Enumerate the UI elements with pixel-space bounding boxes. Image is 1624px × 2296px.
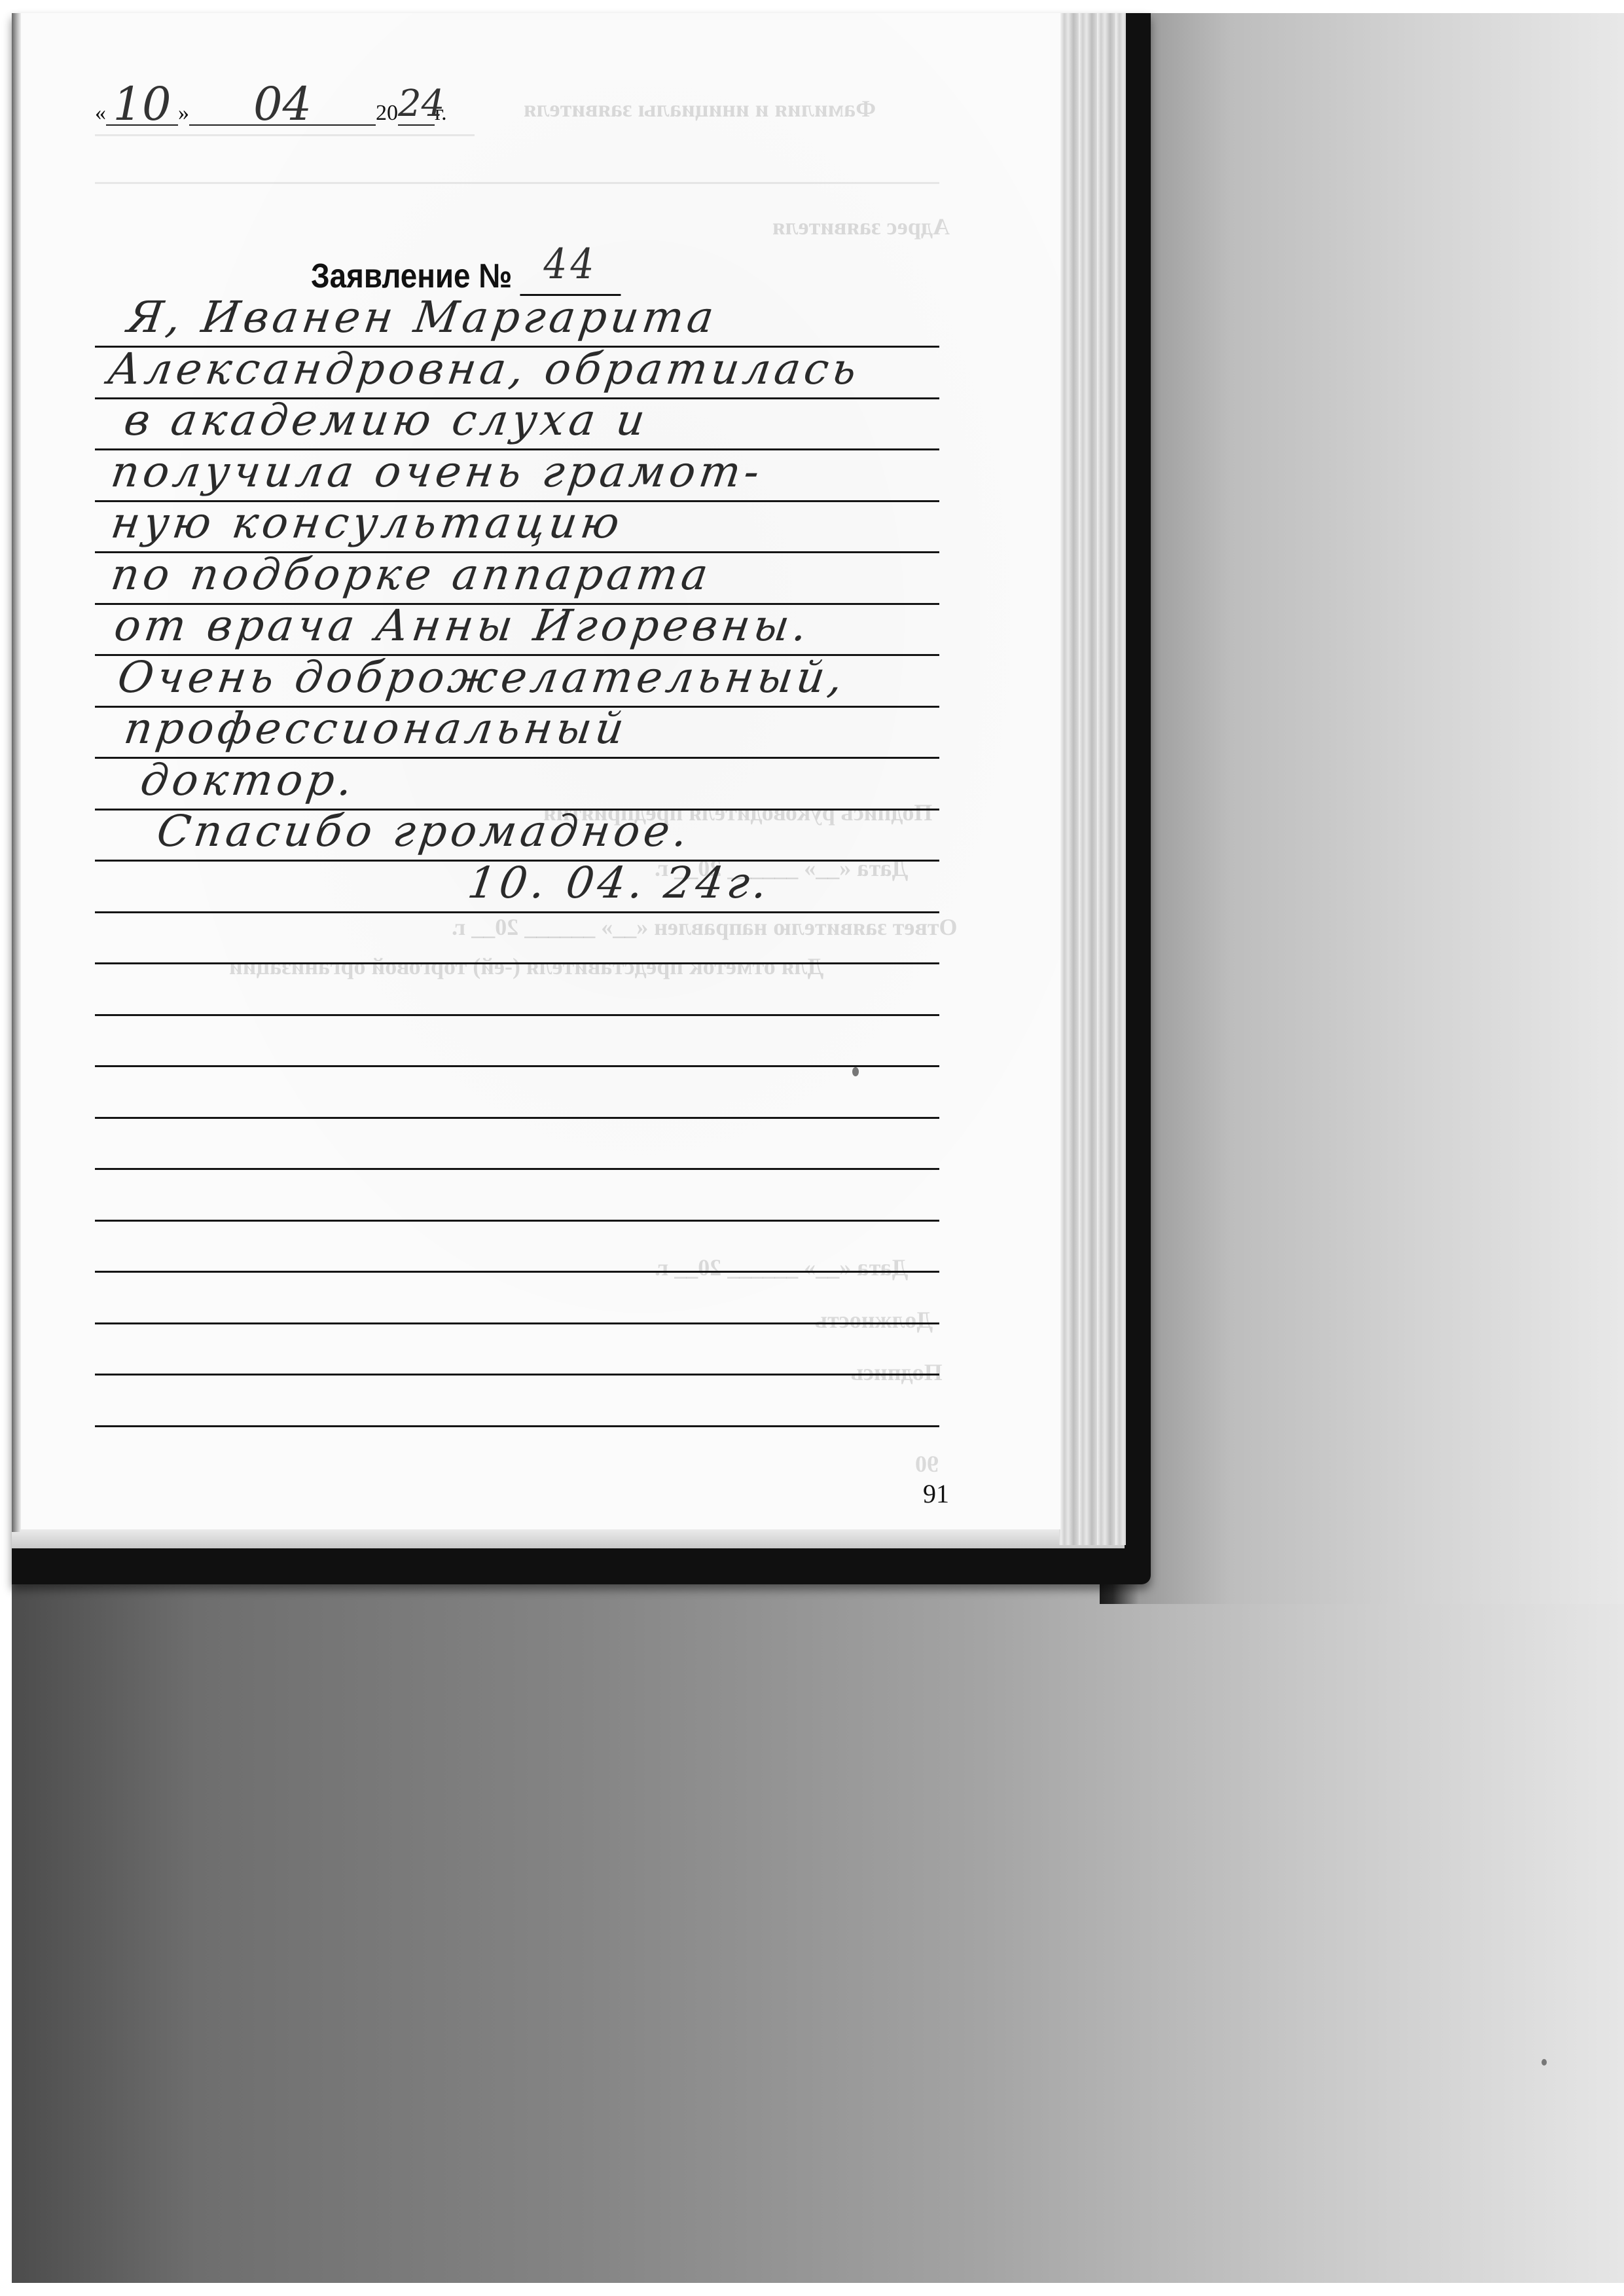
ruled-line	[95, 962, 939, 964]
title-label: Заявление №	[311, 257, 512, 296]
ruled-line	[95, 1014, 939, 1016]
handwritten-line: Александровна, обратилась	[105, 344, 863, 394]
date-year-prefix: 20	[376, 101, 398, 126]
page-number: 91	[923, 1478, 949, 1509]
handwritten-line: от врача Анны Игоревны.	[111, 600, 814, 651]
date-month-field: 04	[189, 79, 376, 126]
scanner-margin-bottom	[0, 2283, 1624, 2296]
date-day-field: 10	[106, 79, 178, 126]
title-number-handwritten: 44	[543, 240, 597, 289]
handwritten-line: ную консультацию	[108, 498, 626, 548]
date-day-handwritten: 10	[113, 77, 171, 131]
ruled-line	[95, 1220, 939, 1222]
page-bottom-edge	[12, 1529, 1125, 1548]
bleed-through-line	[95, 134, 475, 136]
page-title: Заявление № 44	[311, 246, 621, 296]
bleed-through-text: Фамилия и инициалы заявителя	[524, 95, 876, 122]
page-edges-stack	[1059, 13, 1126, 1545]
handwritten-line: по подборке аппарата	[108, 549, 715, 600]
scanner-margin-left	[0, 0, 12, 2296]
bleed-through-text: Ответ заявителю направлен «__» ______ 20…	[452, 913, 958, 941]
handwritten-line: доктор.	[137, 755, 359, 805]
handwritten-line: 10. 04. 24г.	[465, 858, 774, 908]
handwritten-line: получила очень грамот-	[108, 446, 767, 497]
ruled-line	[95, 911, 939, 913]
date-open-quote: «	[95, 101, 106, 126]
scan-speck	[1542, 2059, 1547, 2066]
date-month-handwritten: 04	[253, 77, 312, 131]
handwritten-line: Спасибо громадное.	[154, 806, 695, 856]
ruled-line	[95, 1425, 939, 1427]
bleed-through-text: Для отметок представителя (-ей) торговой…	[229, 953, 823, 980]
date-close-quote: »	[178, 101, 189, 126]
handwritten-line: профессиональный	[121, 703, 631, 754]
date-year-field: 24	[398, 79, 435, 126]
bleed-through-line	[95, 182, 939, 184]
ruled-line	[95, 1065, 939, 1067]
handwritten-line: в академию слуха и	[121, 395, 652, 445]
bleed-through-text: 90	[915, 1450, 939, 1478]
ruled-line	[95, 1374, 939, 1376]
bleed-through-text: Дата «__» ______ 20__ г.	[655, 1254, 908, 1281]
ruled-line	[95, 1168, 939, 1170]
bleed-through-text: Адрес заявителя	[772, 213, 950, 240]
scan-speck	[852, 1067, 859, 1076]
title-number-field: 44	[520, 246, 621, 296]
date-year-handwritten: 24	[398, 82, 444, 125]
handwritten-line: Я, Иванен Маргарита	[124, 292, 721, 342]
ruled-line	[95, 1271, 939, 1273]
date-line: « 10 » 04 20 24 г.	[95, 79, 447, 126]
bleed-through-text: Должность	[815, 1306, 933, 1334]
ruled-line	[95, 1322, 939, 1324]
bleed-through-text: Подпись	[851, 1358, 943, 1386]
scanner-margin-top	[0, 0, 1624, 13]
scanner-background	[1100, 13, 1624, 1604]
page-gutter-shadow	[12, 13, 21, 1532]
handwritten-line: Очень доброжелательный,	[115, 652, 850, 702]
ruled-line	[95, 1117, 939, 1119]
